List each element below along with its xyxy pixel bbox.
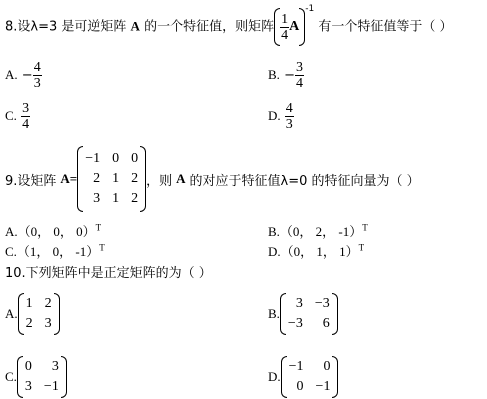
q8-stem-pre: 8.设λ=3 是可逆矩阵 [5,20,126,35]
q8-option-d[interactable]: D. 43 [268,101,294,132]
q10-option-d[interactable]: D. −100−1 [268,356,338,398]
q8-expression: 14 A [274,8,305,46]
question-8-stem: 8.设λ=3 是可逆矩阵 A 的一个特征值，则矩阵 14 A -1 有一个特征值… [5,8,452,46]
q8-option-b[interactable]: B. −34 [268,60,304,91]
q10-option-a[interactable]: A. 1223 [5,293,60,335]
question-9-stem: 9.设矩阵 A= −100 212 312 ，则 A 的对应于特征值λ=0 的特… [5,146,420,212]
q8-option-c[interactable]: C. 34 [5,101,30,132]
q8-matrix-a: A [131,19,140,34]
q9-option-d[interactable]: D.（0， 1， 1）T [268,241,364,260]
q8-stem-mid: 的一个特征值，则矩阵 [144,20,274,35]
q9-option-a[interactable]: A.（0， 0， 0）T [5,221,101,240]
q9-option-b[interactable]: B.（0， 2， -1）T [268,221,368,240]
question-10-stem: 10.下列矩阵中是正定矩阵的为（ ） [5,262,212,281]
q8-exponent: -1 [305,4,314,14]
q9-matrix-name: A= [60,171,77,187]
q8-option-a[interactable]: A. −43 [5,60,42,91]
q10-option-b[interactable]: B. 3−3−36 [268,293,338,335]
q9-option-c[interactable]: C.（1， 0， -1）T [5,241,105,260]
q9-stem-pre: 9.设矩阵 [5,170,56,189]
q9-matrix: −100 212 312 [77,146,146,212]
q9-stem-post: 的对应于特征值λ=0 的特征向量为（ ） [190,170,420,189]
q8-stem-post: 有一个特征值等于（ ） [318,20,452,35]
q10-option-c[interactable]: C. 033−1 [5,356,67,398]
